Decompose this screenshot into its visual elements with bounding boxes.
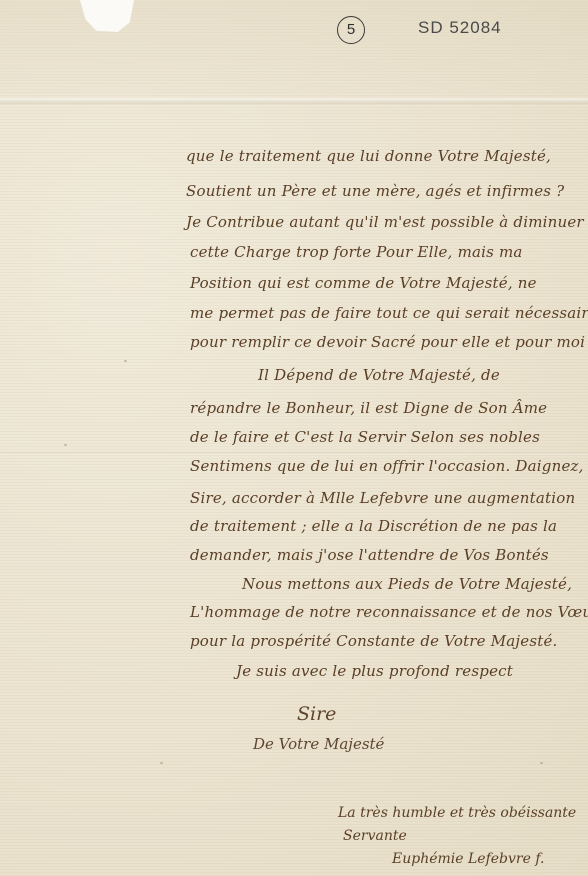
body-line: me permet pas de faire tout ce qui serai…	[190, 304, 588, 322]
archive-reference: SD 52084	[418, 18, 502, 38]
catalog-number-circled: 5	[337, 16, 365, 44]
body-line: de traitement ; elle a la Discrétion de …	[190, 517, 557, 535]
body-line: de le faire et C'est la Servir Selon ses…	[190, 428, 540, 446]
closing-servant: Servante	[343, 828, 407, 844]
letter-page: 5 SD 52084 que le traitement que lui don…	[0, 0, 588, 876]
body-line: Je suis avec le plus profond respect	[236, 662, 513, 680]
body-line: pour remplir ce devoir Sacré pour elle e…	[190, 333, 585, 351]
paper-speck	[64, 444, 67, 446]
body-line: Je Contribue autant qu'il m'est possible…	[186, 213, 584, 231]
body-line: pour la prospérité Constante de Votre Ma…	[190, 632, 558, 650]
body-line: Nous mettons aux Pieds de Votre Majesté,	[242, 575, 572, 593]
paper-speck	[160, 762, 163, 764]
signature: Euphémie Lefebvre f.	[392, 851, 544, 867]
body-line: Il Dépend de Votre Majesté, de	[258, 366, 500, 384]
closing-humble: La très humble et très obéissante	[338, 805, 576, 821]
body-line: Position qui est comme de Votre Majesté,…	[190, 274, 537, 292]
body-line: que le traitement que lui donne Votre Ma…	[186, 147, 551, 165]
body-line: Soutient un Père et une mère, agés et in…	[186, 182, 564, 200]
paper-speck	[540, 762, 543, 764]
body-line: Sentimens que de lui en offrir l'occasio…	[190, 457, 584, 475]
body-line: L'hommage de notre reconnaissance et de …	[190, 603, 588, 621]
paper-speck	[124, 360, 127, 362]
body-line: Sire, accorder à Mlle Lefebvre une augme…	[190, 489, 575, 507]
fold-crease-middle	[0, 452, 588, 455]
body-line: cette Charge trop forte Pour Elle, mais …	[190, 243, 523, 261]
body-line: répandre le Bonheur, il est Digne de Son…	[190, 399, 547, 417]
body-line: demander, mais j'ose l'attendre de Vos B…	[190, 546, 549, 564]
closing-salutation: Sire	[297, 703, 336, 725]
fold-crease-top	[0, 98, 588, 104]
closing-of-majesty: De Votre Majesté	[253, 735, 384, 753]
